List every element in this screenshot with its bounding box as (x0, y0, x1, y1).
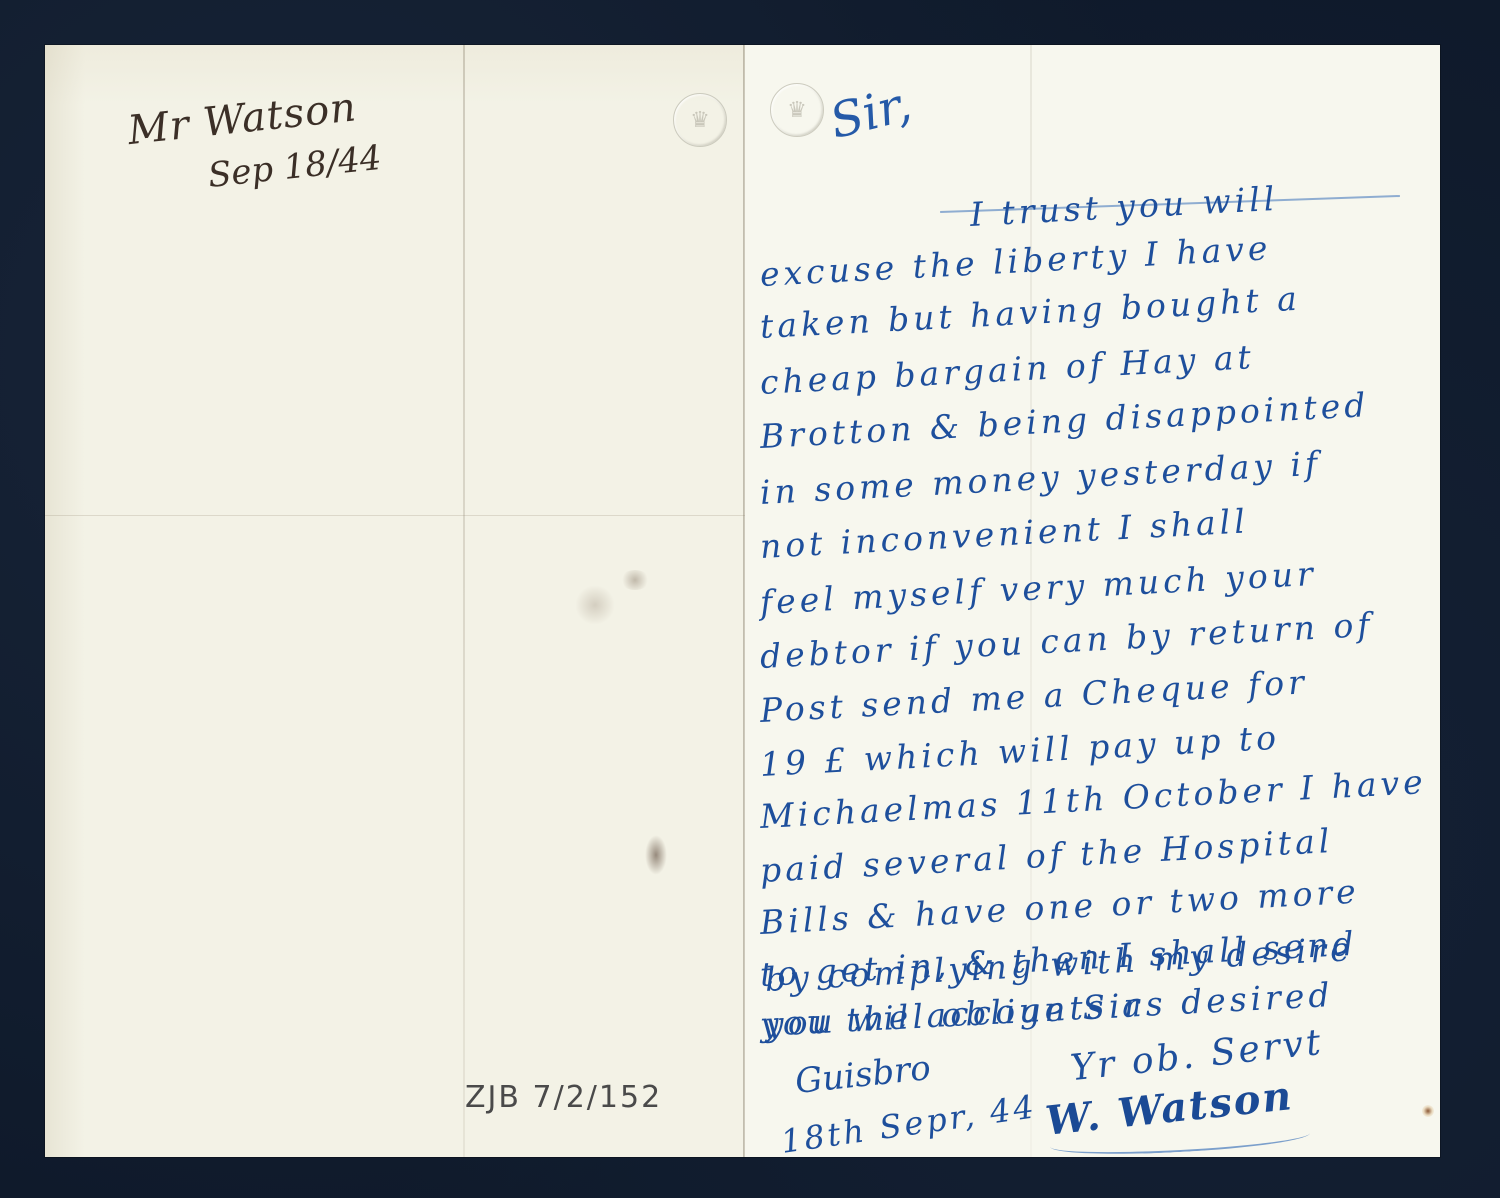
fold-line-horizontal (45, 515, 745, 516)
ink-smudge (620, 570, 650, 590)
ink-blot (645, 835, 667, 875)
left-page: ♛ Mr Watson Sep 18/44 ZJB 7/2/152 (45, 45, 745, 1157)
archive-reference: ZJB 7/2/152 (465, 1080, 662, 1115)
letter-closing-block: by complying with my desire you will obl… (760, 0, 1460, 1198)
docket-date: Sep 18/44 (206, 138, 383, 196)
emboss-crest-icon: ♛ (673, 93, 727, 147)
foxing-spot (1422, 1105, 1434, 1117)
fold-line-vertical (463, 45, 465, 1157)
letter-place: Guisbro (793, 1048, 932, 1102)
docket-note: Mr Watson Sep 18/44 (126, 82, 384, 203)
ink-smudge (575, 585, 615, 625)
